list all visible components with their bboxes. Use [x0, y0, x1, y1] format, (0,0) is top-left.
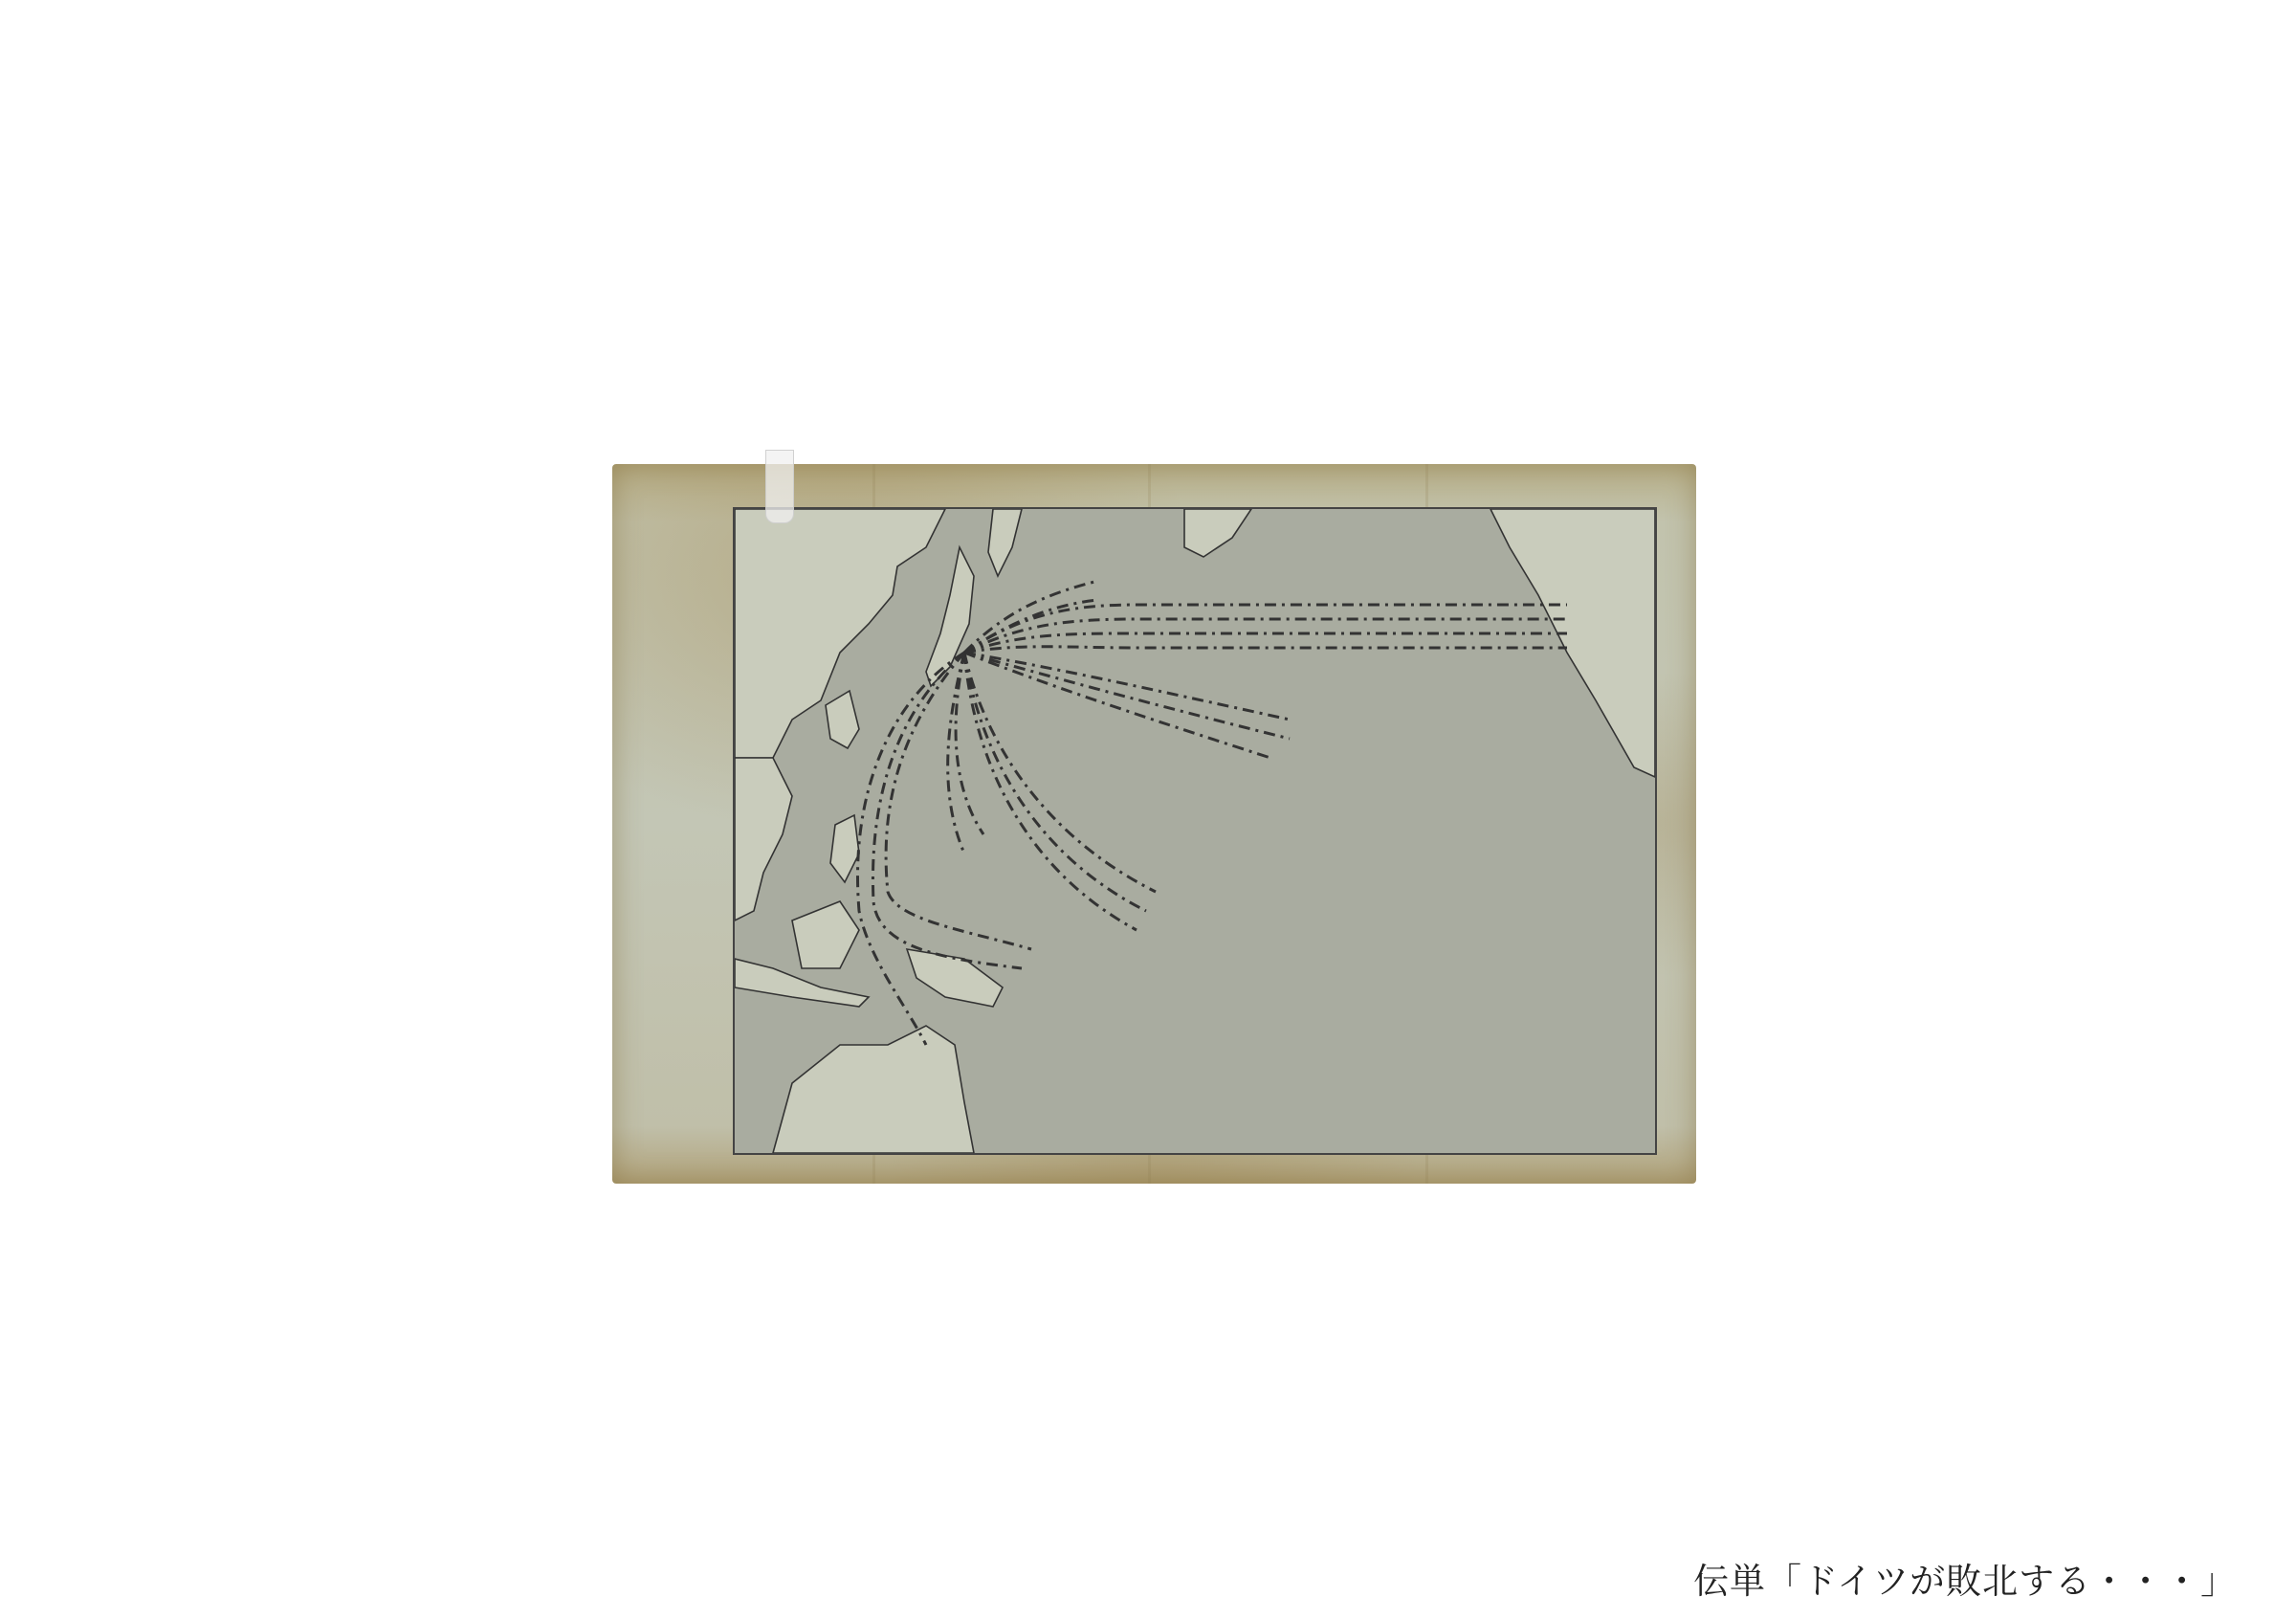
- map-frame: [733, 507, 1657, 1155]
- leaflet-paper: [612, 464, 1696, 1184]
- pacific-route-map: [735, 509, 1655, 1153]
- plastic-clip: [765, 450, 794, 523]
- caption: 伝単「ドイツが敗北する・・・」: [1693, 1552, 2237, 1604]
